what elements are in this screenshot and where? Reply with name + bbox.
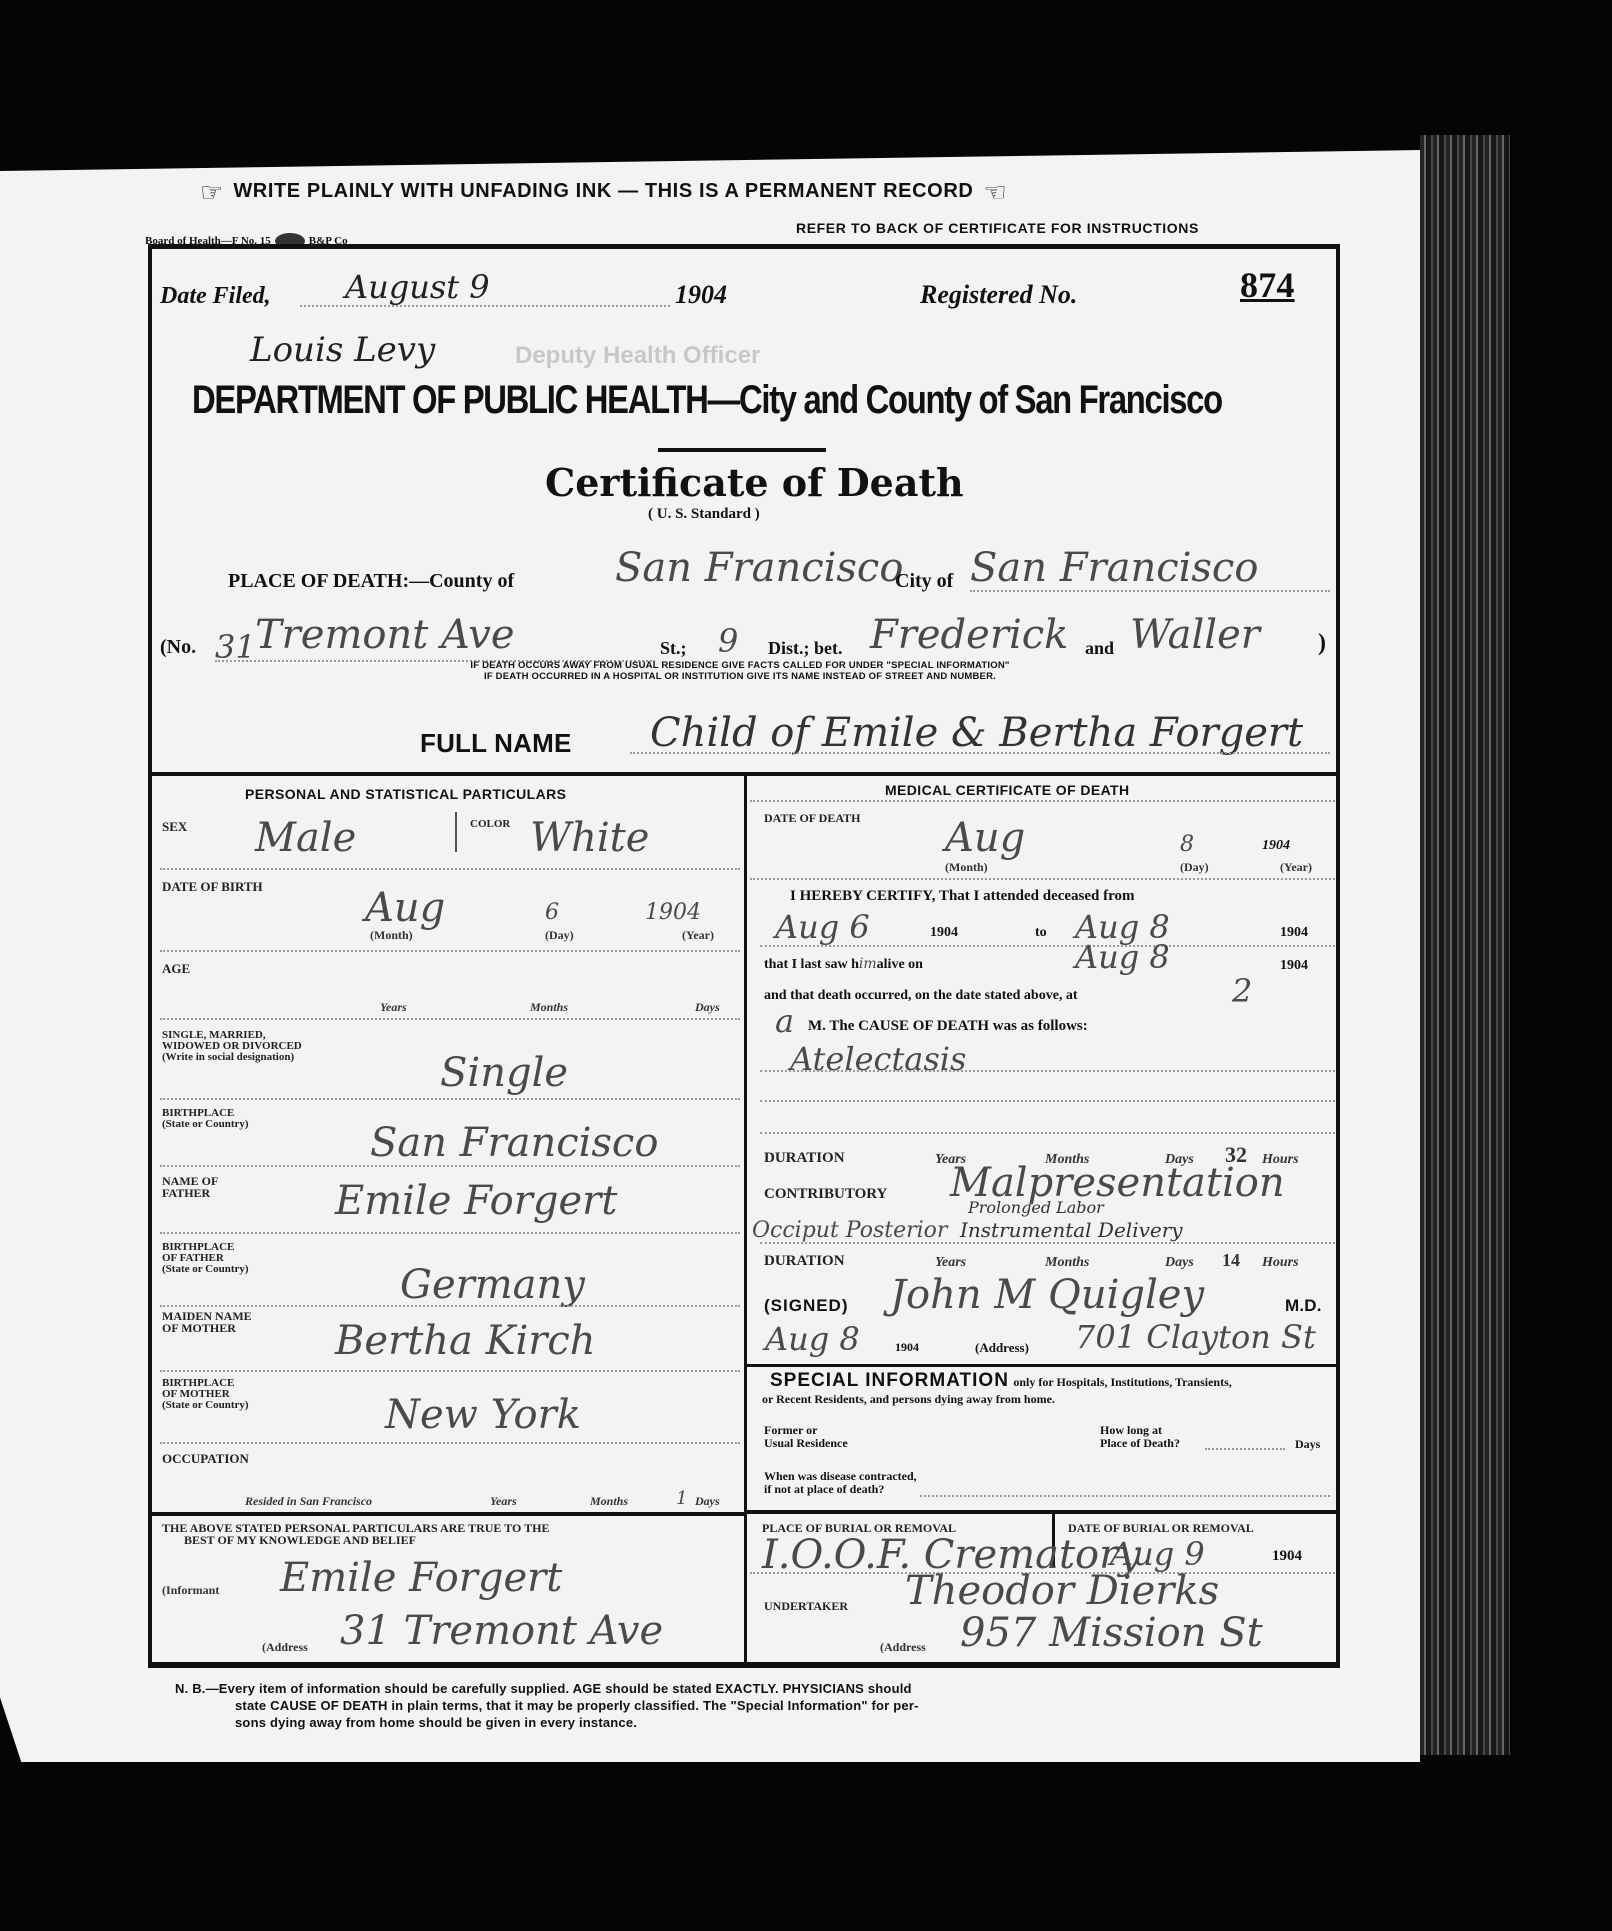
how-long-days-label: Days [1295,1437,1320,1452]
sex-line [160,868,740,870]
dob-year: 1904 [645,900,701,925]
dob-year-caption: (Year) [682,928,714,943]
duration-2-hours: Hours [1262,1255,1299,1271]
form-top-rule [148,244,1340,249]
date-filed-label: Date Filed, [160,283,271,310]
father-birthplace-label: BIRTHPLACE OF FATHER (State or Country) [162,1242,249,1275]
date-filed-value: August 9 [345,268,490,306]
special-heading: SPECIAL INFORMATION only for Hospitals, … [770,1370,1232,1392]
between-street-2: Waller [1130,612,1260,658]
dob-line [160,950,740,952]
age-line [160,1018,740,1020]
pointing-hand-icon: ☞ [200,182,223,202]
md-label: M.D. [1285,1296,1322,1316]
mother-value: Bertha Kirch [335,1318,596,1364]
dod-line [750,878,1335,880]
dod-day-caption: (Day) [1180,860,1209,875]
special-info-divider [747,1364,1337,1367]
duration-2-days: Days [1165,1255,1194,1271]
burial-divider [747,1510,1337,1514]
physician-address: 701 Clayton St [1075,1318,1316,1356]
officer-title-stamp: Deputy Health Officer [515,342,760,370]
street-value: Tremont Ave [255,612,515,658]
duration-2-years: Years [935,1255,966,1271]
officer-signature: Louis Levy [250,330,435,370]
personal-heading: PERSONAL AND STATISTICAL PARTICULARS [245,786,566,802]
attended-to-year: 1904 [1280,925,1308,941]
dob-month-caption: (Month) [370,928,413,943]
resided-days-caption: Days [695,1494,720,1509]
place-of-death-label: PLACE OF DEATH:—County of [228,570,514,593]
to-label: to [1035,925,1047,941]
father-birthplace-value: Germany [400,1262,585,1308]
age-label: AGE [162,962,190,975]
header-banner: ☞ WRITE PLAINLY WITH UNFADING INK — THIS… [200,180,1290,203]
attended-from-year: 1904 [930,925,958,941]
and-label: and [1085,638,1114,659]
medical-heading: MEDICAL CERTIFICATE OF DEATH [885,782,1130,798]
certify-text: I HEREBY CERTIFY, That I attended deceas… [790,888,1135,905]
dod-month-caption: (Month) [945,860,988,875]
resided-label: Resided in San Francisco [245,1494,372,1509]
resided-days-value: 1 [676,1488,687,1509]
sex-value: Male [255,815,356,861]
father-birthplace-line [160,1305,740,1307]
informant-label: (Informant [162,1583,219,1598]
city-label: City of [895,570,953,593]
former-residence-label: Former or Usual Residence [764,1424,848,1450]
marital-label: SINGLE, MARRIED, WIDOWED OR DIVORCED (Wr… [162,1030,302,1063]
last-saw-date: Aug 8 [1075,938,1170,976]
contributory-2a: Occiput Posterior [752,1218,947,1243]
street-no-label: (No. [160,636,196,659]
date-filed-year: 1904 [675,280,727,310]
informant-address: 31 Tremont Ave [340,1608,663,1654]
father-label: NAME OF FATHER [162,1175,218,1199]
certificate-subtitle: ( U. S. Standard ) [648,506,760,523]
attended-from: Aug 6 [775,908,870,946]
burial-year: 1904 [1272,1548,1302,1565]
district-label: Dist.; bet. [768,638,843,659]
birthplace-value: San Francisco [370,1120,658,1166]
dod-year: 1904 [1262,838,1290,854]
cause-line-1 [760,1070,1335,1072]
certificate-title: Certificate of Death [545,460,964,505]
marital-line [160,1098,740,1100]
street-suffix-label: St.; [660,638,687,659]
county-value: San Francisco [615,545,903,591]
full-name-label: FULL NAME [420,728,572,759]
undertaker-address: 957 Mission St [960,1610,1263,1656]
column-divider [744,776,747,1662]
age-months-caption: Months [530,1000,568,1015]
marital-value: Single [440,1050,568,1096]
contributory-2b: Prolonged Labor [968,1198,1104,1217]
department-title: DEPARTMENT OF PUBLIC HEALTH—City and Cou… [192,378,1222,423]
contributory-line [760,1242,1335,1244]
mother-line [160,1370,740,1372]
title-divider [658,448,826,452]
registered-no-label: Registered No. [920,280,1077,310]
resided-months-caption: Months [590,1494,628,1509]
duration-2-label: DURATION [764,1255,845,1268]
instructions-note: REFER TO BACK OF CERTIFICATE FOR INSTRUC… [796,220,1199,236]
medical-heading-line [750,800,1335,802]
full-name-line [630,752,1330,754]
death-meridiem: a [775,1002,794,1040]
sex-color-divider [455,812,457,852]
how-long-line [1205,1448,1285,1450]
sex-label: SEX [162,820,187,833]
informant-name: Emile Forgert [280,1555,562,1601]
dob-label: DATE OF BIRTH [162,880,263,893]
form-bottom-rule [148,1662,1340,1668]
attended-line [760,945,1335,947]
mother-birthplace-value: New York [385,1392,581,1438]
mother-label: MAIDEN NAME OF MOTHER [162,1310,252,1334]
color-label: COLOR [470,818,510,831]
district-value: 9 [718,622,738,660]
physician-signature: John M Quigley [890,1272,1204,1318]
residence-note: IF DEATH OCCURS AWAY FROM USUAL RESIDENC… [300,660,1180,682]
dod-month: Aug [945,815,1025,861]
banner-text: WRITE PLAINLY WITH UNFADING INK — THIS I… [233,180,973,203]
undertaker-address-label: (Address [880,1640,926,1655]
last-saw-text: that I last saw himalive on [764,956,923,973]
city-line [970,590,1330,592]
contracted-label: When was disease contracted, if not at p… [764,1470,917,1496]
age-days-caption: Days [695,1000,720,1015]
registered-no-value: 874 [1240,264,1295,306]
form-right-border [1336,244,1340,1664]
informant-divider [152,1512,744,1516]
dob-day: 6 [545,900,559,925]
duration-2-hours-value: 14 [1222,1250,1240,1271]
death-occurred-text: and that death occurred, on the date sta… [764,988,1078,1004]
signed-year: 1904 [895,1340,919,1355]
father-line [160,1232,740,1234]
date-filed-line [300,305,670,307]
cause-value: Atelectasis [790,1040,966,1078]
cause-line-3 [760,1132,1335,1134]
dod-year-caption: (Year) [1280,860,1312,875]
pointing-hand-icon: ☜ [983,182,1006,202]
last-saw-year: 1904 [1280,958,1308,974]
dob-month: Aug [365,885,445,931]
duration-1-label: DURATION [764,1152,845,1165]
undertaker-value: Theodor Dierks [905,1568,1219,1614]
form-left-border [148,244,152,1664]
dob-day-caption: (Day) [545,928,574,943]
resided-years-caption: Years [490,1494,517,1509]
death-time: 2 [1232,972,1252,1010]
date-of-death-label: DATE OF DEATH [764,812,860,825]
birthplace-label: BIRTHPLACE (State or Country) [162,1108,249,1130]
signed-label: (SIGNED) [764,1296,849,1316]
close-paren: ) [1318,630,1326,657]
book-binding-edge [1420,135,1510,1755]
contracted-line [920,1495,1330,1497]
burial-date-label: DATE of BURIAL or REMOVAL [1068,1522,1254,1535]
mother-birthplace-label: BIRTHPLACE OF MOTHER (State or Country) [162,1378,249,1411]
signed-date: Aug 8 [765,1320,860,1358]
special-heading-note-2: or Recent Residents, and persons dying a… [762,1392,1055,1407]
how-long-label: How long at Place of Death? [1100,1424,1180,1450]
between-street-1: Frederick [870,612,1068,658]
birthplace-line [160,1165,740,1167]
informant-address-label: (Address [262,1640,308,1655]
duration-2-months: Months [1045,1255,1089,1271]
footnote: N. B.—Every item of information should b… [175,1680,919,1731]
physician-address-label: (Address) [975,1340,1029,1356]
cause-text: M. The CAUSE OF DEATH was as follows: [808,1018,1088,1035]
dod-day: 8 [1180,832,1194,857]
contributory-2c: Instrumental Delivery [960,1218,1183,1242]
age-years-caption: Years [380,1000,407,1015]
mother-birthplace-line [160,1442,740,1444]
full-name-value: Child of Emile & Bertha Forgert [650,710,1303,756]
undertaker-label: UNDERTAKER [764,1600,848,1613]
cause-line-2 [760,1100,1335,1102]
city-value: San Francisco [970,545,1258,591]
occupation-label: OCCUPATION [162,1452,249,1465]
color-value: White [530,815,649,861]
informant-statement: THE ABOVE STATED PERSONAL PARTICULARS AR… [162,1522,549,1546]
father-value: Emile Forgert [335,1178,617,1224]
contributory-label: CONTRIBUTORY [764,1188,887,1201]
